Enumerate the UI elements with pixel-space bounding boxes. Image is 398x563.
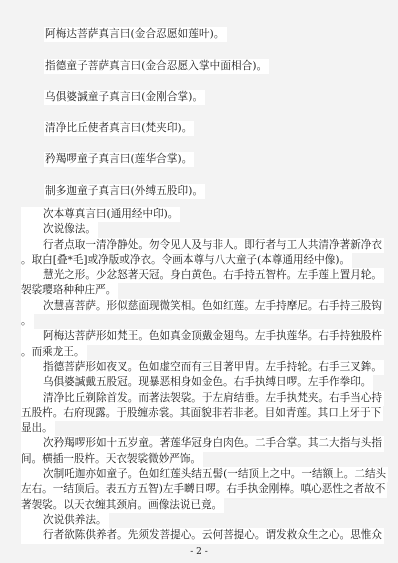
text-line: 次矜羯啰形如十五岁童。著莲华冠身白肉色。二手合掌。其二大指与头指 — [21, 436, 384, 451]
page-number: - 2 - — [0, 547, 398, 557]
text-line: 次制吒迦亦如童子。色如红莲头结五髻(一结顶上之中。一结额上。二结头 — [21, 467, 388, 482]
text-line: 次慧喜菩萨。形似慈面现微笑相。色如红莲。左手持摩尼。右手持三股钩 — [21, 299, 384, 314]
body-text: 次本尊真言曰(通用经中印)。 次说像法。 行者点取一清净静处。勿令见人及与非人。… — [21, 207, 377, 544]
mantra-line: 指德童子菩萨真言曰(金合忍愿入掌中面相合)。 — [44, 59, 269, 74]
text-line: 次说像法。 — [21, 222, 98, 237]
mantra-line: 清净比丘使者真言曰(梵夹印)。 — [44, 121, 194, 136]
text-line: 行者欲陈供养者。先须发菩提心。云何菩提心。谓发救众生之心。思惟众 — [21, 528, 384, 543]
text-line: 显出。 — [21, 421, 55, 436]
text-line: 阿梅达菩萨形如梵王。色如真金顶戴金翅鸟。左手执莲华。右手持独股杵 — [21, 329, 384, 344]
mantra-line: 乌俱婆諴童子真言曰(金刚合掌)。 — [44, 90, 205, 105]
text-line: 著袈裟。以天衣缠其颈肩。画像法说已竟。 — [21, 498, 224, 513]
mantra-line: 矜羯啰童子真言曰(莲华合掌)。 — [44, 152, 194, 167]
text-line: 行者点取一清净静处。勿令见人及与非人。即行者与工人共清净著新净衣 — [21, 238, 384, 253]
text-line: 。而乘龙王。 — [21, 345, 87, 360]
text-line: 次本尊真言曰(通用经中印)。 — [21, 207, 180, 222]
text-line: 指德菩萨形如夜叉。色如虚空而有三目著甲胄。左手持轮。右手三叉鉾。 — [21, 360, 384, 375]
text-line: 次说供养法。 — [21, 513, 109, 528]
text-line: 清净比丘剃除首发。而著法袈裟。于左肩结垂。左手执梵夹。右手当心持 — [21, 391, 384, 406]
document-page: 阿梅达菩萨真言曰(金合忍愿如莲叶)。 指德童子菩萨真言曰(金合忍愿入掌中面相合)… — [0, 0, 398, 563]
text-line: 袈裟璎珞种种庄严。 — [21, 283, 118, 298]
text-line: 左右。一结顶后。表五方五智)左手嚩日啰。右手执金刚棒。嗔心恶性之者故不 — [21, 482, 387, 497]
text-line: 慧光之形。少忿怒著天冠。身白黄色。右手持五智杵。左手莲上置月轮。 — [21, 268, 384, 283]
text-line: 乌俱婆諴戴五股冠。现暴恶相身如金色。右手执缚日啰。左手作拳印。 — [21, 375, 373, 390]
text-line: 五股杵。右府现露。于股缠赤裳。其面貌非若非老。目如青莲。其口上牙于下 — [21, 406, 383, 421]
text-line: 。 — [21, 314, 34, 329]
text-line: 间。横插一股杵。天衣袈裟微妙严饰。 — [21, 452, 203, 467]
mantra-line: 阿梅达菩萨真言曰(金合忍愿如莲叶)。 — [44, 27, 227, 42]
text-line: 。取白[叠*毛]或净版或净衣。令画本尊与八大童子(本尊通用经中像)。 — [21, 253, 352, 268]
mantra-line: 制多迦童子真言曰(外缚五股印)。 — [44, 184, 205, 199]
